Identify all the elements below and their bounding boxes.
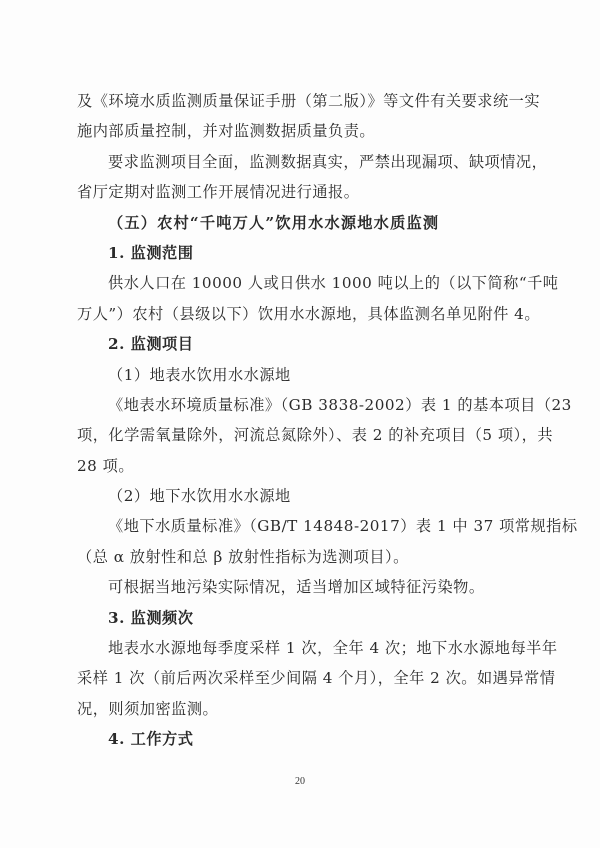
sub-heading: 2. 监测项目 <box>77 329 527 359</box>
paragraph-line: 28 项。 <box>77 451 527 481</box>
sub-heading: 1. 监测范围 <box>77 238 527 268</box>
paragraph-line: （2）地下水饮用水水源地 <box>77 481 527 511</box>
page-number: 20 <box>0 776 600 787</box>
paragraph-line: 地表水水源地每季度采样 1 次，全年 4 次；地下水水源地每半年 <box>77 633 527 663</box>
paragraph-line: （总 α 放射性和总 β 放射性指标为选测项目）。 <box>77 542 527 572</box>
paragraph-line: 供水人口在 10000 人或日供水 1000 吨以上的（以下简称“千吨 <box>77 268 527 298</box>
paragraph-line: 可根据当地污染实际情况，适当增加区域特征污染物。 <box>77 572 527 602</box>
paragraph-line: 施内部质量控制，并对监测数据质量负责。 <box>77 116 527 146</box>
paragraph-line: 项，化学需氧量除外，河流总氮除外）、表 2 的补充项目（5 项），共 <box>77 420 527 450</box>
paragraph-line: 《地下水质量标准》（GB/T 14848-2017）表 1 中 37 项常规指标 <box>77 511 527 541</box>
paragraph-line: （1）地表水饮用水水源地 <box>77 360 527 390</box>
paragraph-line: 及《环境水质监测质量保证手册（第二版）》等文件有关要求统一实 <box>77 86 527 116</box>
paragraph-line: 要求监测项目全面，监测数据真实，严禁出现漏项、缺项情况， <box>77 147 527 177</box>
paragraph-line: 《地表水环境质量标准》（GB 3838-2002）表 1 的基本项目（23 <box>77 390 527 420</box>
section-heading: （五）农村“千吨万人”饮用水水源地水质监测 <box>77 208 527 238</box>
sub-heading: 4. 工作方式 <box>77 724 527 754</box>
document-page: 及《环境水质监测质量保证手册（第二版）》等文件有关要求统一实 施内部质量控制，并… <box>0 0 600 848</box>
sub-heading: 3. 监测频次 <box>77 603 527 633</box>
paragraph-line: 况，则须加密监测。 <box>77 694 527 724</box>
paragraph-line: 万人”）农村（县级以下）饮用水水源地，具体监测名单见附件 4。 <box>77 299 527 329</box>
paragraph-line: 省厅定期对监测工作开展情况进行通报。 <box>77 177 527 207</box>
document-body: 及《环境水质监测质量保证手册（第二版）》等文件有关要求统一实 施内部质量控制，并… <box>77 86 527 755</box>
paragraph-line: 采样 1 次（前后两次采样至少间隔 4 个月），全年 2 次。如遇异常情 <box>77 663 527 693</box>
